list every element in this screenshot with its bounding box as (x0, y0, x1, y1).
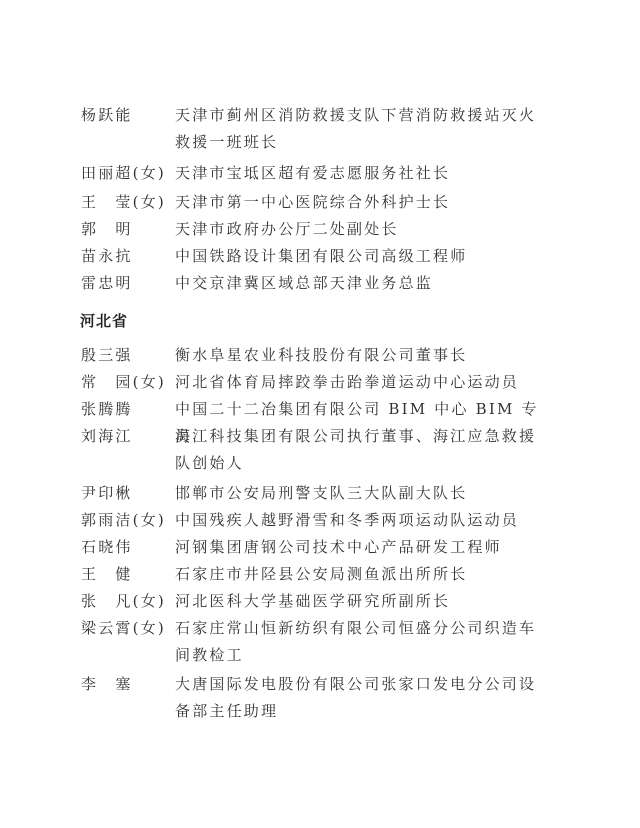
person-name: 李 塞 (81, 671, 175, 725)
person-name: 王 莹(女) (81, 189, 175, 216)
person-name: 张 凡(女) (81, 588, 175, 615)
person-name: 刘海江 (81, 423, 175, 477)
person-title: 中国残疾人越野滑雪和冬季两项运动队运动员 (175, 507, 541, 534)
person-title: 天津市第一中心医院综合外科护士长 (175, 189, 541, 216)
list-item: 田丽超(女) 天津市宝坻区超有爱志愿服务社社长 (81, 160, 541, 187)
list-item: 郭雨洁(女) 中国残疾人越野滑雪和冬季两项运动队运动员 (81, 507, 541, 534)
list-item: 杨跃能 天津市蓟州区消防救援支队下营消防救援站灭火救援一班班长 (81, 102, 541, 156)
person-name: 王 健 (81, 561, 175, 588)
person-name: 尹印楸 (81, 480, 175, 507)
person-name: 梁云霄(女) (81, 615, 175, 669)
list-item: 刘海江 海江科技集团有限公司执行董事、海江应急救援队创始人 (81, 423, 541, 477)
person-title: 中交京津冀区域总部天津业务总监 (175, 270, 541, 297)
list-item: 王 健 石家庄市井陉县公安局测鱼派出所所长 (81, 561, 541, 588)
person-title: 石家庄市井陉县公安局测鱼派出所所长 (175, 561, 541, 588)
list-item: 梁云霄(女) 石家庄常山恒新纺织有限公司恒盛分公司织造车间教检工 (81, 615, 541, 669)
list-item: 李 塞 大唐国际发电股份有限公司张家口发电分公司设备部主任助理 (81, 671, 541, 725)
person-name: 常 园(女) (81, 369, 175, 396)
person-title: 河钢集团唐钢公司技术中心产品研发工程师 (175, 534, 541, 561)
person-title: 河北省体育局摔跤拳击跆拳道运动中心运动员 (175, 369, 541, 396)
person-title: 邯郸市公安局刑警支队三大队副大队长 (175, 480, 541, 507)
person-title: 衡水阜星农业科技股份有限公司董事长 (175, 342, 541, 369)
person-name: 郭雨洁(女) (81, 507, 175, 534)
person-name: 杨跃能 (81, 102, 175, 156)
person-title: 天津市蓟州区消防救援支队下营消防救援站灭火救援一班班长 (175, 102, 541, 156)
list-item: 殷三强 衡水阜星农业科技股份有限公司董事长 (81, 342, 541, 369)
list-item: 常 园(女) 河北省体育局摔跤拳击跆拳道运动中心运动员 (81, 369, 541, 396)
person-title: 石家庄常山恒新纺织有限公司恒盛分公司织造车间教检工 (175, 615, 541, 669)
person-title: 天津市政府办公厅二处副处长 (175, 216, 541, 243)
person-name: 石晓伟 (81, 534, 175, 561)
list-item: 王 莹(女) 天津市第一中心医院综合外科护士长 (81, 189, 541, 216)
person-name: 郭 明 (81, 216, 175, 243)
list-item: 张 凡(女) 河北医科大学基础医学研究所副所长 (81, 588, 541, 615)
list-item: 雷忠明 中交京津冀区域总部天津业务总监 (81, 270, 541, 297)
document-page: 杨跃能 天津市蓟州区消防救援支队下营消防救援站灭火救援一班班长 田丽超(女) 天… (0, 0, 640, 828)
section-heading: 河北省 (80, 309, 128, 333)
list-item: 苗永抗 中国铁路设计集团有限公司高级工程师 (81, 243, 541, 270)
person-title: 大唐国际发电股份有限公司张家口发电分公司设备部主任助理 (175, 671, 541, 725)
list-item: 尹印楸 邯郸市公安局刑警支队三大队副大队长 (81, 480, 541, 507)
list-item: 郭 明 天津市政府办公厅二处副处长 (81, 216, 541, 243)
person-title: 天津市宝坻区超有爱志愿服务社社长 (175, 160, 541, 187)
person-title: 海江科技集团有限公司执行董事、海江应急救援队创始人 (175, 423, 541, 477)
person-name: 田丽超(女) (81, 160, 175, 187)
person-name: 雷忠明 (81, 270, 175, 297)
list-item: 石晓伟 河钢集团唐钢公司技术中心产品研发工程师 (81, 534, 541, 561)
person-title: 中国铁路设计集团有限公司高级工程师 (175, 243, 541, 270)
person-title: 河北医科大学基础医学研究所副所长 (175, 588, 541, 615)
person-name: 殷三强 (81, 342, 175, 369)
person-name: 苗永抗 (81, 243, 175, 270)
